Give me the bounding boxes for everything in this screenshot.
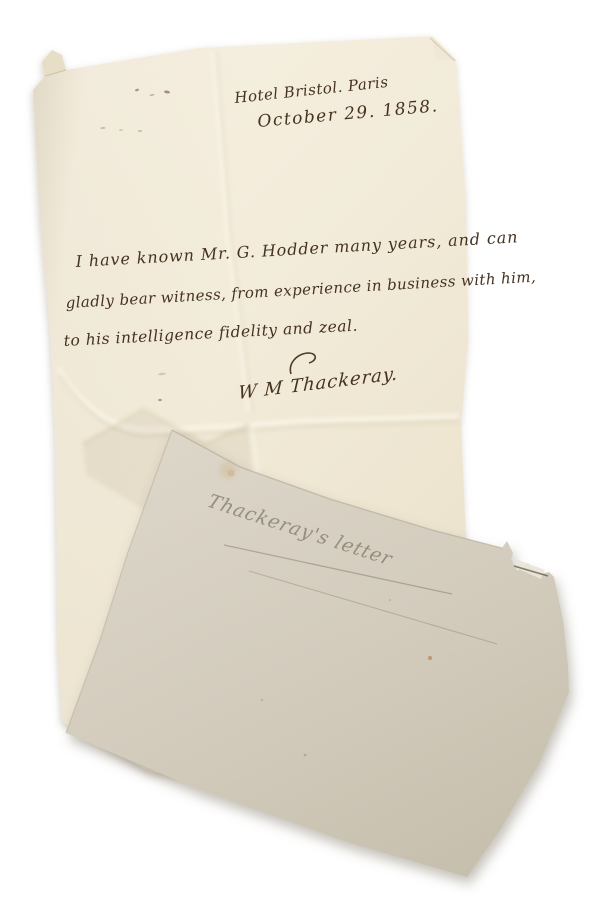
rust-speck [428,656,432,660]
round-stain [220,462,237,479]
small-speck-2 [261,699,263,701]
small-speck-3 [389,599,392,602]
photo-canvas: Hotel Bristol. Paris October 29. 1858. I… [0,0,600,900]
small-speck-1 [304,754,307,757]
letter-photo: Hotel Bristol. Paris October 29. 1858. I… [0,0,600,900]
round-stain-core [228,470,235,477]
top-right-corner-fold [432,36,456,60]
